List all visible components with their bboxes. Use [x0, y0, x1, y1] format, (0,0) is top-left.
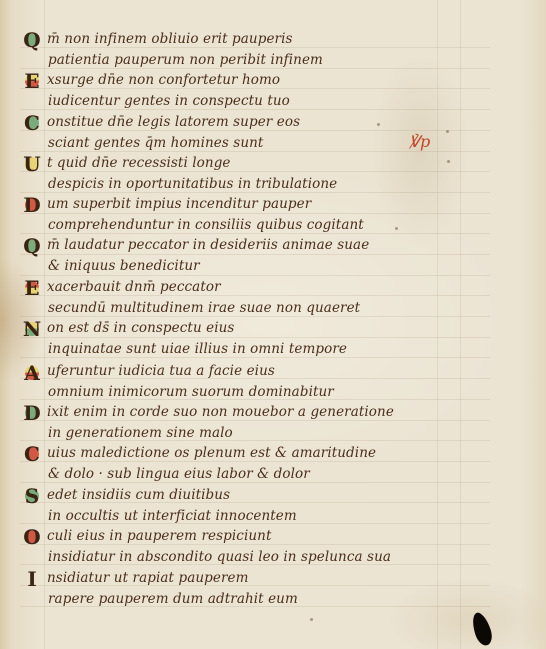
text-line: culi eius in pauperem respiciunt: [47, 526, 271, 546]
text-line: nsidiatur ut rapiat pauperem: [47, 568, 249, 588]
text-line: t quid dn̄e recessisti longe: [47, 153, 231, 173]
text-line: on est ds̄ in conspectu eius: [47, 318, 234, 338]
ink-speck: [310, 618, 313, 621]
vertical-ruling: [437, 0, 438, 649]
text-line: & iniquus benedicitur: [48, 256, 200, 276]
text-line: xacerbauit dnm̄ peccator: [47, 277, 221, 297]
text-line: insidiatur in abscondito quasi leo in sp…: [48, 547, 391, 567]
text-line: despicis in oportunitatibus in tribulati…: [48, 174, 337, 194]
text-line: ixit enim in corde suo non mouebor a gen…: [47, 402, 394, 422]
initial-letter: N: [22, 319, 42, 339]
text-line: m̄ non infinem obliuio erit pauperis: [47, 29, 293, 49]
text-line: sciant gentes q̄m homines sunt: [48, 133, 263, 153]
text-line: secundū multitudinem irae suae non quaer…: [48, 298, 360, 318]
vertical-ruling: [44, 0, 45, 649]
initial-letter: Q: [22, 30, 42, 50]
text-line: edet insidiis cum diuitibus: [47, 485, 230, 505]
text-line: rapere pauperem dum adtrahit eum: [48, 589, 298, 609]
initial-letter: I: [22, 569, 42, 589]
text-line: um superbit impius incenditur pauper: [47, 194, 311, 214]
text-line: omnium inimicorum suorum dominabitur: [48, 382, 334, 402]
text-line: patientia pauperum non peribit infinem: [48, 50, 323, 70]
initial-letter: A: [22, 363, 42, 383]
initial-letter: O: [22, 527, 42, 547]
vertical-ruling: [460, 0, 461, 649]
ink-speck: [447, 160, 450, 163]
initial-letter: E: [22, 71, 42, 91]
text-line: m̄ laudatur peccator in desideriis anima…: [47, 235, 369, 255]
text-line: uius maledictione os plenum est & amarit…: [47, 443, 376, 463]
text-line: iudicentur gentes in conspectu tuo: [48, 91, 290, 111]
text-line: onstitue dn̄e legis latorem super eos: [47, 112, 300, 132]
text-line: xsurge dn̄e non confortetur homo: [47, 70, 280, 90]
manuscript-folio: Q m̄ non infinem obliuio erit pauperis p…: [0, 0, 546, 649]
initial-letter: C: [22, 113, 42, 133]
ink-speck: [377, 123, 380, 126]
initial-letter: Q: [22, 236, 42, 256]
text-line: & dolo · sub lingua eius labor & dolor: [48, 464, 310, 484]
initial-letter: C: [22, 444, 42, 464]
text-line: inquinatae sunt uiae illius in omni temp…: [48, 339, 347, 359]
initial-letter: U: [22, 154, 42, 174]
ink-speck: [395, 227, 398, 230]
parchment-hole: [469, 610, 495, 647]
initial-letter: S: [22, 486, 42, 506]
text-line: comprehenduntur in consiliis quibus cogi…: [48, 215, 364, 235]
text-line: in occultis ut interficiat innocentem: [48, 506, 297, 526]
ink-speck: [446, 130, 449, 133]
text-line: in generationem sine malo: [48, 423, 233, 443]
text-line: uferuntur iudicia tua a facie eius: [47, 361, 275, 381]
initial-letter: E: [22, 278, 42, 298]
initial-letter: D: [22, 403, 42, 423]
initial-letter: D: [22, 195, 42, 215]
margin-annotation: ℣p: [409, 132, 430, 151]
